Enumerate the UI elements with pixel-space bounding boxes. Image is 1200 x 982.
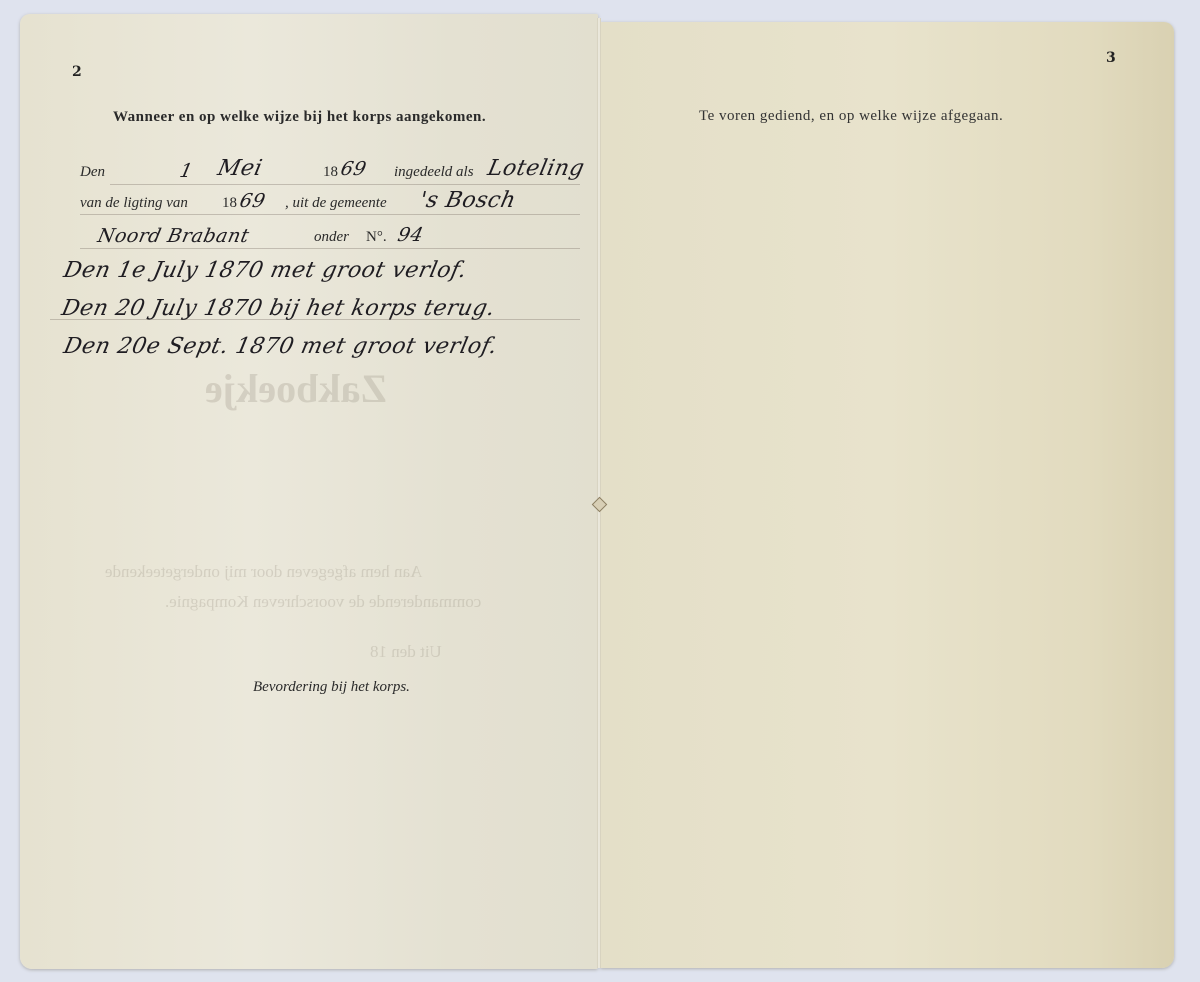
handwritten-entry: Den 1e July 1870 met groot verlof.	[61, 258, 469, 283]
gemeente-value: 's Bosch	[417, 188, 518, 213]
ligting-year-prefix: 18	[222, 195, 237, 212]
ligting-label: van de ligting van	[80, 195, 188, 212]
onder-label: onder	[314, 229, 349, 246]
left-page-heading: Wanneer en op welke wijze bij het korps …	[113, 109, 486, 126]
show-through-line: Aan hem afgegeven door mij ondergeteeken…	[105, 562, 422, 582]
den-label: Den	[80, 164, 105, 181]
ingedeeld-value: Loteling	[485, 156, 586, 181]
ligting-year-suffix: 69	[238, 190, 268, 212]
form-rule	[80, 214, 580, 215]
ingedeeld-label: ingedeeld als	[394, 164, 474, 181]
right-page-heading: Te voren gediend, en op welke wijze afge…	[699, 108, 1003, 125]
book-spine	[597, 18, 601, 968]
year-suffix: 69	[339, 158, 369, 180]
right-page	[600, 22, 1174, 968]
show-through-line: Uit den 18	[370, 642, 442, 662]
month-value: Mei	[215, 156, 264, 181]
show-through-line: commanderende de voorschreven Kompagnie.	[165, 592, 481, 612]
number-value: 94	[396, 224, 426, 246]
form-rule	[110, 184, 580, 185]
province-value: Noord Brabant	[96, 225, 252, 247]
form-rule	[80, 248, 580, 249]
handwritten-entry: Den 20e Sept. 1870 met groot verlof.	[61, 334, 499, 359]
show-through-title: Zakboekje	[205, 365, 387, 412]
page-number-left: 2	[72, 64, 82, 80]
handwritten-entry: Den 20 July 1870 bij het korps terug.	[59, 296, 497, 321]
section-heading-bevordering: Bevordering bij het korps.	[253, 679, 410, 696]
number-label: N°.	[366, 229, 387, 246]
gemeente-label: , uit de gemeente	[285, 195, 387, 212]
page-number-right: 3	[1106, 50, 1116, 66]
year-prefix: 18	[323, 164, 338, 181]
